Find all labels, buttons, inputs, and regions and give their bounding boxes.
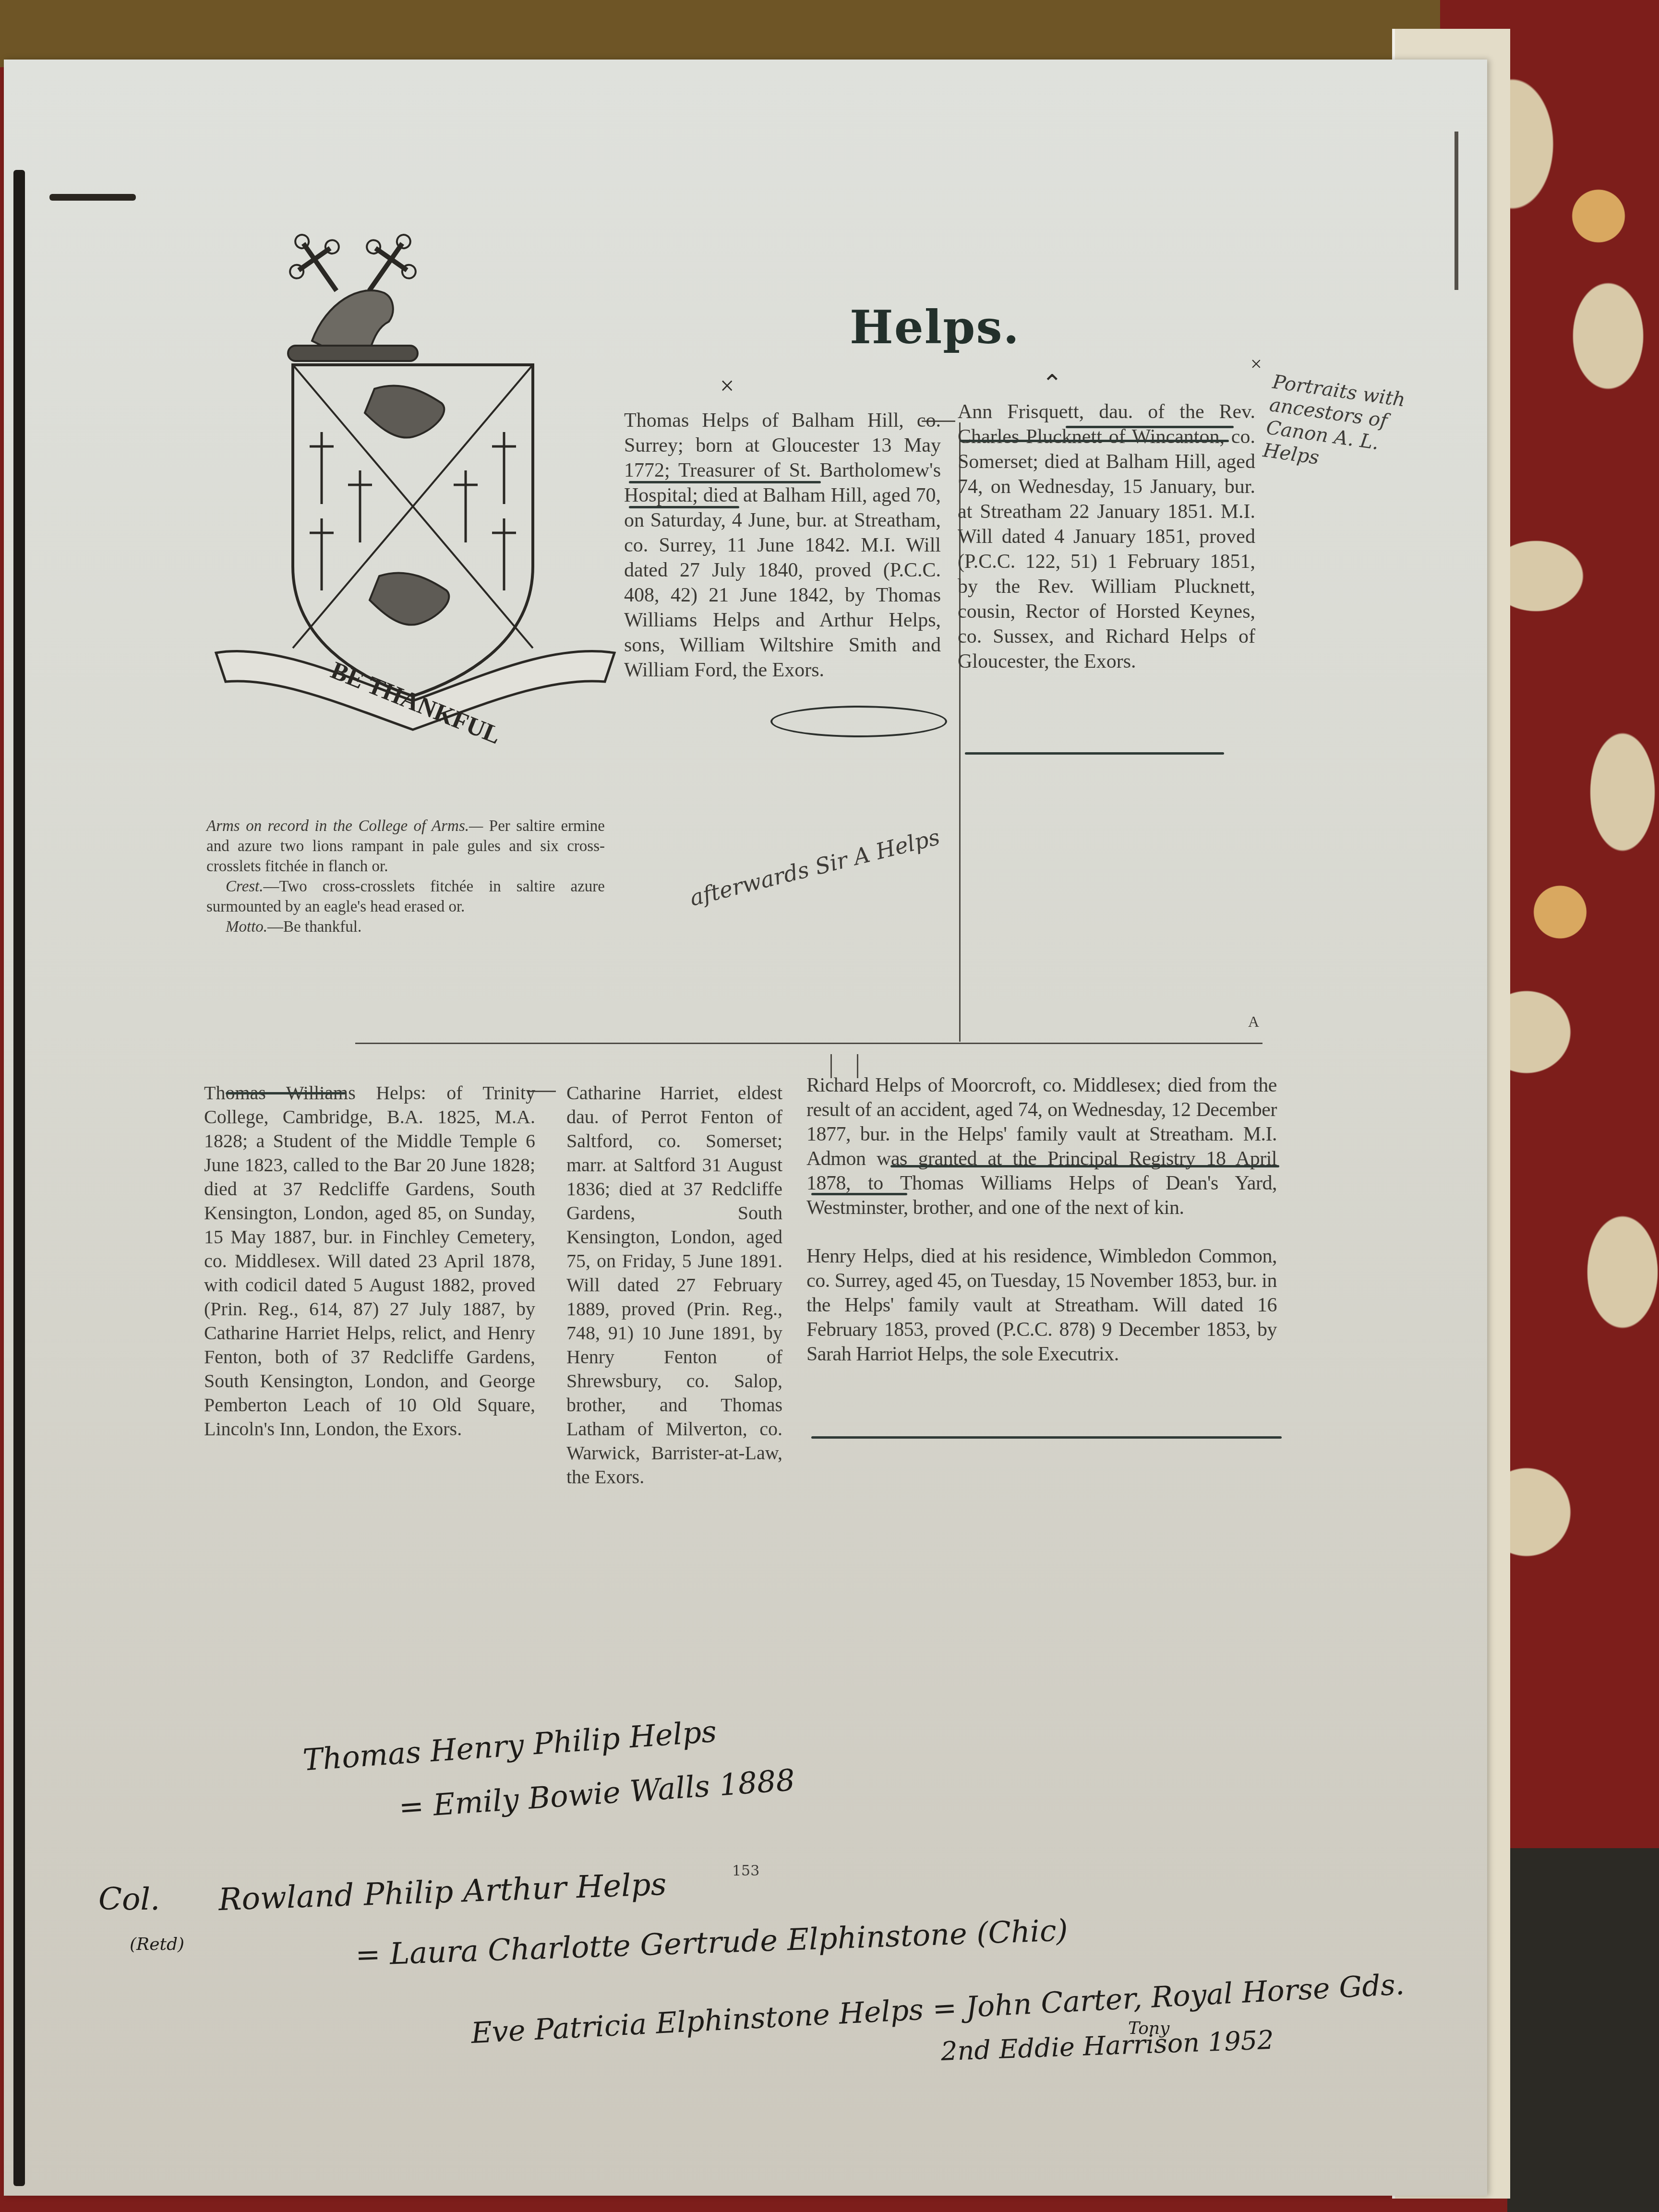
entry-catharine-harriet: Catharine Harriet, eldest dau. of Perrot… (566, 1081, 782, 1489)
ink-underline (811, 1436, 1282, 1439)
pencil-rule (1455, 132, 1458, 290)
ink-underline (1066, 426, 1234, 428)
x-mark-icon: × (1250, 353, 1262, 376)
blazon-text: Arms on record in the College of Arms.— … (206, 816, 605, 937)
binding-dash (49, 194, 136, 201)
entry-thomas-williams-helps: Thomas Williams Helps: of Trinity Colleg… (204, 1081, 535, 1441)
page-number: 153 (732, 1863, 759, 1879)
ink-underline (960, 440, 1229, 442)
coat-of-arms-icon: BE THANKFUL (202, 230, 634, 806)
ink-underline (226, 1092, 346, 1094)
handwritten-col: Col. (98, 1882, 160, 1917)
section-marker: A (1248, 1013, 1259, 1031)
handwritten-retd: (Retd) (130, 1935, 184, 1954)
entry-henry-helps: Henry Helps, died at his residence, Wimb… (806, 1244, 1277, 1367)
ink-underline (629, 506, 739, 508)
x-mark-icon: × (720, 372, 734, 400)
ink-circle (770, 706, 947, 737)
children-line (355, 1043, 1262, 1044)
entry-richard-helps: Richard Helps of Moorcroft, co. Middlese… (806, 1073, 1277, 1220)
ink-underline (811, 1193, 907, 1195)
entry-richard-and-henry: Richard Helps of Moorcroft, co. Middlese… (806, 1073, 1277, 1367)
tabletop (0, 0, 1440, 67)
page-title: Helps. (850, 300, 1020, 354)
ink-underline (629, 481, 821, 483)
entry-thomas-helps: Thomas Helps of Balham Hill, co. Surrey;… (624, 408, 941, 683)
binding-strip (13, 170, 25, 2186)
dark-surface (1507, 1848, 1659, 2212)
ink-underline (890, 1165, 1279, 1167)
ink-underline (965, 752, 1224, 755)
x-mark-icon: ⌃ (1042, 370, 1063, 398)
margin-note: Portraits with ancestors of Canon A. L. … (1262, 371, 1407, 481)
